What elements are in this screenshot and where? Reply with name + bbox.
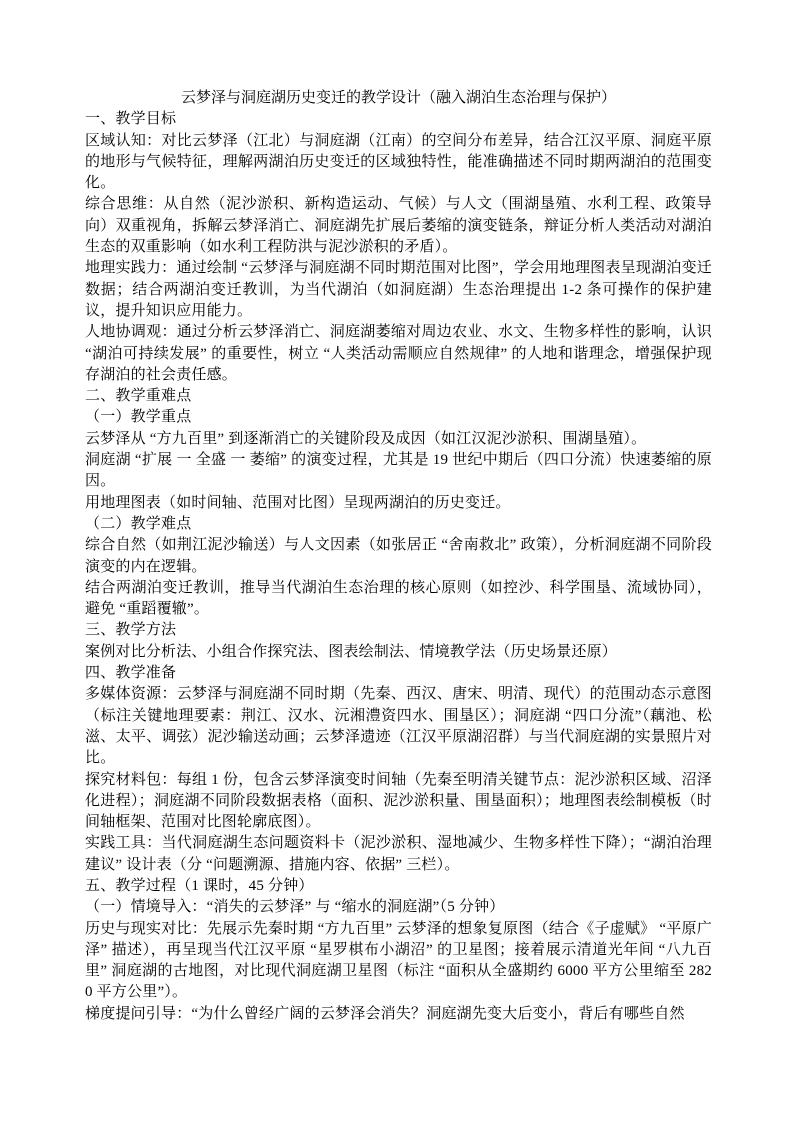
heading-teaching-preparation: 四、教学准备 bbox=[85, 663, 712, 684]
subheading-situational-introduction: （一）情境导入：“消失的云梦泽” 与 “缩水的洞庭湖”（5 分钟） bbox=[85, 897, 712, 918]
paragraph-history-reality-contrast: 历史与现实对比：先展示先秦时期 “方九百里” 云梦泽的想象复原图（结合《子虚赋》… bbox=[85, 919, 712, 1004]
paragraph-geographic-charts: 用地理图表（如时间轴、范围对比图）呈现两湖泊的历史变迁。 bbox=[85, 493, 712, 514]
document-title: 云梦泽与洞庭湖历史变迁的教学设计（融入湖泊生态治理与保护） bbox=[85, 88, 712, 109]
paragraph-yunmeng-stages: 云梦泽从 “方九百里” 到逐渐消亡的关键阶段及成因（如江汉泥沙淤积、围湖垦殖）。 bbox=[85, 429, 712, 450]
paragraph-human-land-coordination: 人地协调观：通过分析云梦泽消亡、洞庭湖萎缩对周边农业、水文、生物多样性的影响，认… bbox=[85, 322, 712, 386]
heading-teaching-methods: 三、教学方法 bbox=[85, 620, 712, 641]
paragraph-practice-tools: 实践工具：当代洞庭湖生态问题资料卡（泥沙淤积、湿地减少、生物多样性下降）；“湖泊… bbox=[85, 833, 712, 876]
paragraph-inquiry-materials: 探究材料包：每组 1 份，包含云梦泽演变时间轴（先秦至明清关键节点：泥沙淤积区域… bbox=[85, 770, 712, 834]
heading-teaching-objectives: 一、教学目标 bbox=[85, 109, 712, 130]
subheading-difficult-points: （二）教学难点 bbox=[85, 514, 712, 535]
document-page: 云梦泽与洞庭湖历史变迁的教学设计（融入湖泊生态治理与保护） 一、教学目标 区域认… bbox=[0, 0, 794, 1123]
heading-key-difficult-points: 二、教学重难点 bbox=[85, 386, 712, 407]
paragraph-gradient-questioning: 梯度提问引导：“为什么曾经广阔的云梦泽会消失？洞庭湖先变大后变小，背后有哪些自然 bbox=[85, 1004, 712, 1025]
paragraph-multimedia-resources: 多媒体资源：云梦泽与洞庭湖不同时期（先秦、西汉、唐宋、明清、现代）的范围动态示意… bbox=[85, 684, 712, 769]
paragraph-geographic-practice: 地理实践力：通过绘制 “云梦泽与洞庭湖不同时期范围对比图”，学会用地理图表呈现湖… bbox=[85, 258, 712, 322]
paragraph-regional-cognition: 区域认知：对比云梦泽（江北）与洞庭湖（江南）的空间分布差异，结合江汉平原、洞庭平… bbox=[85, 131, 712, 195]
document-content: 云梦泽与洞庭湖历史变迁的教学设计（融入湖泊生态治理与保护） 一、教学目标 区域认… bbox=[85, 88, 712, 1025]
paragraph-methods-list: 案例对比分析法、小组合作探究法、图表绘制法、情境教学法（历史场景还原） bbox=[85, 642, 712, 663]
paragraph-dongting-evolution: 洞庭湖 “扩展 一 全盛 一 萎缩” 的演变过程，尤其是 19 世纪中期后（四口… bbox=[85, 450, 712, 493]
paragraph-comprehensive-thinking: 综合思维：从自然（泥沙淤积、新构造运动、气候）与人文（围湖垦殖、水利工程、政策导… bbox=[85, 194, 712, 258]
paragraph-natural-human-factors: 综合自然（如荆江泥沙输送）与人文因素（如张居正 “舍南救北” 政策），分析洞庭湖… bbox=[85, 535, 712, 578]
heading-teaching-process: 五、教学过程（1 课时，45 分钟） bbox=[85, 876, 712, 897]
paragraph-governance-principles: 结合两湖泊变迁教训，推导当代湖泊生态治理的核心原则（如控沙、科学围垦、流域协同）… bbox=[85, 578, 712, 621]
subheading-key-points: （一）教学重点 bbox=[85, 407, 712, 428]
